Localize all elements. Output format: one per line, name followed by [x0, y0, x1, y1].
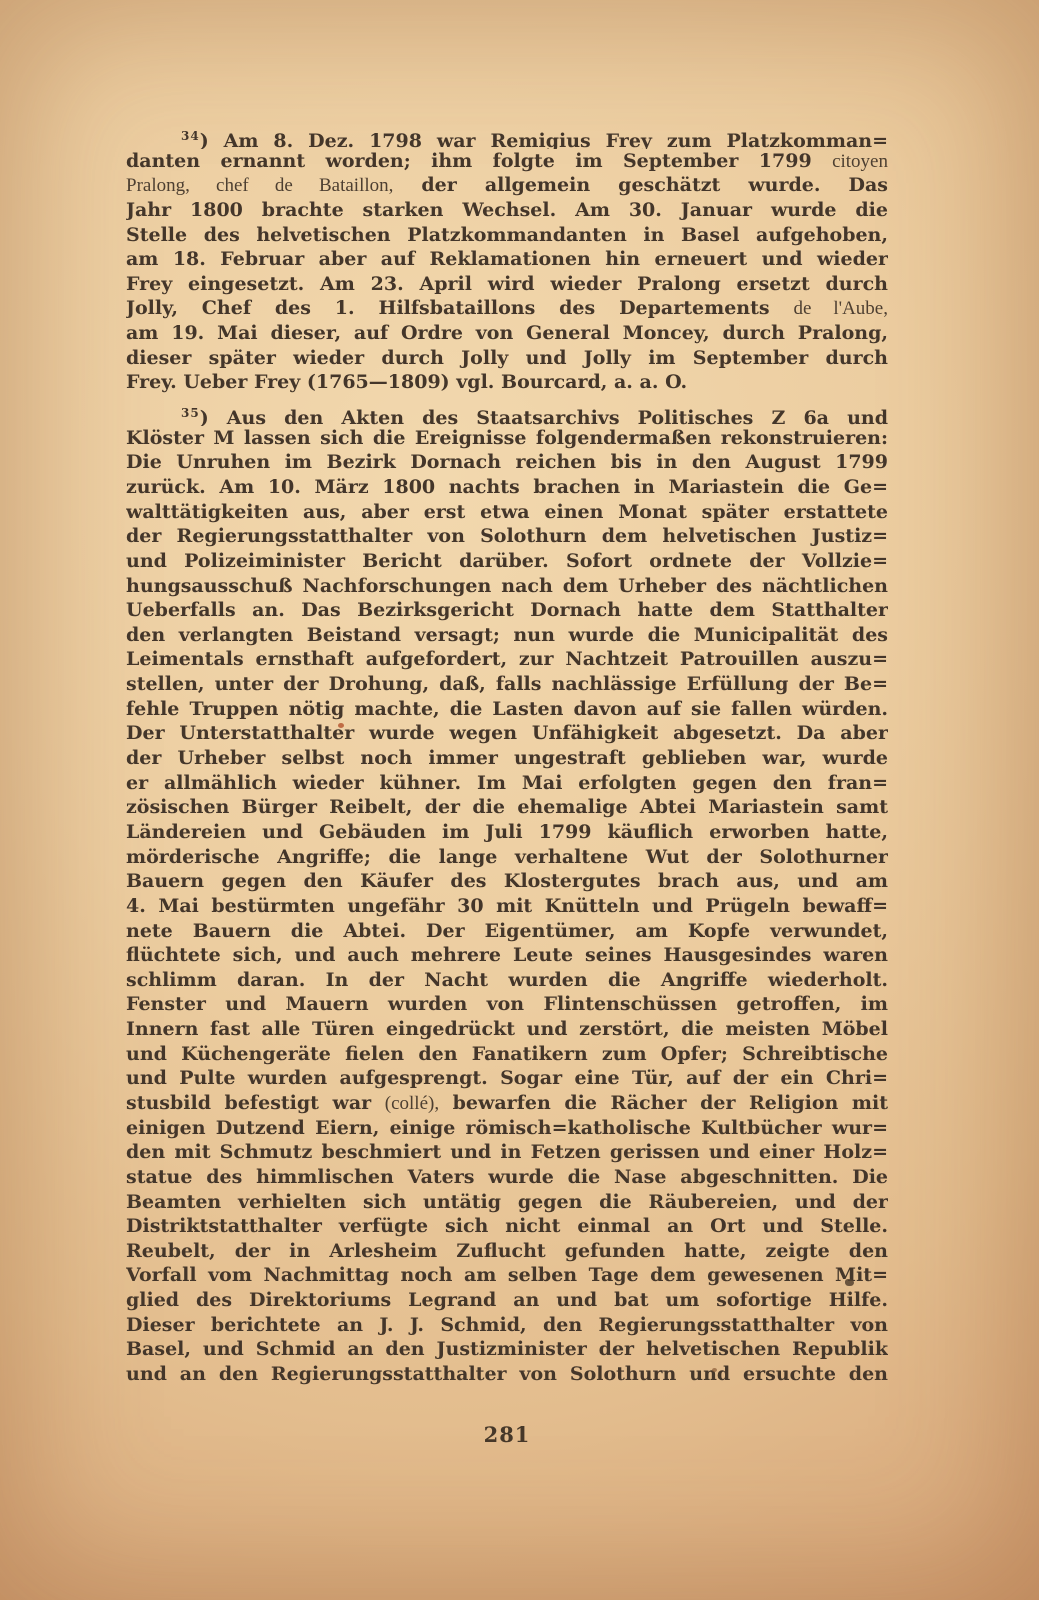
text-line: Vorfall vom Nachmittag noch am selben Ta… — [126, 1263, 888, 1288]
fraktur-text: ) Aus den Akten des Staatsarchivs Politi… — [200, 407, 888, 426]
text-line: statue des himmlischen Vaters wurde die … — [126, 1165, 888, 1190]
fraktur-text: zurück. Am 10. März 1800 nachts brachen … — [126, 476, 888, 498]
fraktur-text: Innern fast alle Türen eingedrückt und z… — [126, 1018, 888, 1040]
text-line: Ländereien und Gebäuden im Juli 1799 käu… — [126, 820, 888, 845]
fraktur-text: hungsausschuß Nachforschungen nach dem U… — [126, 575, 888, 597]
text-line: hungsausschuß Nachforschungen nach dem U… — [126, 574, 888, 599]
fraktur-text: Die Unruhen im Bezirk Dornach reichen bi… — [126, 451, 888, 473]
fraktur-text: und Küchengeräte fielen den Fanatikern z… — [126, 1043, 888, 1065]
fraktur-text: und an den Regierungsstatthalter von Sol… — [126, 1363, 888, 1385]
text-line: Fenster und Mauern wurden von Flintensch… — [126, 992, 888, 1017]
text-line: Frey eingesetzt. Am 23. April wird wiede… — [126, 272, 888, 297]
text-block: 34) Am 8. Dez. 1798 war Remigius Frey zu… — [126, 124, 888, 1387]
paper-speck — [712, 1368, 717, 1372]
fraktur-text: Vorfall vom Nachmittag noch am selben Ta… — [126, 1264, 888, 1286]
paper-speck — [338, 723, 344, 728]
fraktur-text: Ueberfalls an. Das Bezirksgericht Dornac… — [126, 599, 888, 621]
fraktur-text: schlimm daran. In der Nacht wurden die A… — [126, 969, 888, 991]
text-line: nete Bauern die Abtei. Der Eigentümer, a… — [126, 919, 888, 944]
fraktur-text: dieser später wieder durch Jolly und Jol… — [126, 347, 888, 369]
fraktur-text: Klöster M lassen sich die Ereignisse fol… — [126, 427, 888, 449]
text-line: Die Unruhen im Bezirk Dornach reichen bi… — [126, 450, 888, 475]
text-line: zösischen Bürger Reibelt, der die ehemal… — [126, 795, 888, 820]
fraktur-text: statue des himmlischen Vaters wurde die … — [126, 1166, 888, 1188]
fraktur-text: und Pulte wurden aufgesprengt. Sogar ein… — [126, 1067, 888, 1089]
text-line: Pralong, chef de Bataillon, der allgemei… — [126, 173, 888, 198]
antiqua-text: de l'Aube, — [793, 298, 888, 319]
fraktur-text: ) Am 8. Dez. 1798 war Remigius Frey zum … — [200, 130, 888, 149]
text-line: der Regierungsstatthalter von Solothurn … — [126, 524, 888, 549]
text-line: dieser später wieder durch Jolly und Jol… — [126, 346, 888, 371]
fraktur-text: glied des Direktoriums Legrand an und ba… — [126, 1289, 888, 1311]
fraktur-text: Bauern gegen den Käufer des Klostergutes… — [126, 870, 888, 892]
text-line: und Pulte wurden aufgesprengt. Sogar ein… — [126, 1066, 888, 1091]
text-line: Basel, und Schmid an den Justizminister … — [126, 1337, 888, 1362]
fraktur-text: stusbild befestigt war — [126, 1092, 385, 1114]
text-line: und an den Regierungsstatthalter von Sol… — [126, 1362, 888, 1387]
fraktur-text: und Polizeiminister Bericht darüber. Sof… — [126, 550, 888, 572]
fraktur-text: Der Unterstatthalter wurde wegen Unfähig… — [126, 722, 888, 744]
fraktur-text: Beamten verhielten sich untätig gegen di… — [126, 1191, 888, 1213]
fraktur-text: Frey eingesetzt. Am 23. April wird wiede… — [126, 273, 888, 295]
text-line: einigen Dutzend Eiern, einige römisch=ka… — [126, 1116, 888, 1141]
text-line: Distriktstatthalter verfügte sich nicht … — [126, 1214, 888, 1239]
text-line: mörderische Angriffe; die lange verhalte… — [126, 845, 888, 870]
fraktur-text: einigen Dutzend Eiern, einige römisch=ka… — [126, 1117, 888, 1139]
footnote-marker: 34 — [181, 129, 200, 143]
text-line: flüchtete sich, und auch mehrere Leute s… — [126, 943, 888, 968]
footnote-34: 34) Am 8. Dez. 1798 war Remigius Frey zu… — [126, 124, 888, 395]
text-line: Innern fast alle Türen eingedrückt und z… — [126, 1017, 888, 1042]
text-line: Ueberfalls an. Das Bezirksgericht Dornac… — [126, 598, 888, 623]
fraktur-text: nete Bauern die Abtei. Der Eigentümer, a… — [126, 920, 888, 942]
fraktur-text: Fenster und Mauern wurden von Flintensch… — [126, 993, 888, 1015]
text-line: danten ernannt worden; ihm folgte im Sep… — [126, 149, 888, 174]
text-line: der Urheber selbst noch immer ungestraft… — [126, 746, 888, 771]
text-line: Frey. Ueber Frey (1765—1809) vgl. Bourca… — [126, 370, 888, 395]
fraktur-text: Leimentals ernsthaft aufgefordert, zur N… — [126, 648, 888, 670]
fraktur-text: 4. Mai bestürmten ungefähr 30 mit Knütte… — [126, 895, 888, 917]
fraktur-text: Distriktstatthalter verfügte sich nicht … — [126, 1215, 888, 1237]
text-line: Reubelt, der in Arlesheim Zuflucht gefun… — [126, 1239, 888, 1264]
text-line: Leimentals ernsthaft aufgefordert, zur N… — [126, 647, 888, 672]
text-line: Bauern gegen den Käufer des Klostergutes… — [126, 869, 888, 894]
text-line: den verlangten Beistand versagt; nun wur… — [126, 623, 888, 648]
antiqua-text: Pralong, chef de Bataillon, — [126, 175, 393, 196]
text-line: stellen, unter der Drohung, daß, falls n… — [126, 672, 888, 697]
fraktur-text: den verlangten Beistand versagt; nun wur… — [126, 624, 888, 646]
text-line: Stelle des helvetischen Platzkommandante… — [126, 223, 888, 248]
text-line: Der Unterstatthalter wurde wegen Unfähig… — [126, 721, 888, 746]
text-line: er allmählich wieder kühner. Im Mai erfo… — [126, 771, 888, 796]
text-line: Dieser berichtete an J. J. Schmid, den R… — [126, 1313, 888, 1338]
fraktur-text: der allgemein geschätzt wurde. Das — [393, 174, 888, 196]
fraktur-text: Stelle des helvetischen Platzkommandante… — [126, 224, 888, 246]
text-line: und Küchengeräte fielen den Fanatikern z… — [126, 1042, 888, 1067]
fraktur-text: bewarfen die Rächer der Religion mit — [439, 1092, 888, 1114]
fraktur-text: Reubelt, der in Arlesheim Zuflucht gefun… — [126, 1240, 888, 1262]
antiqua-text: citoyen — [832, 151, 888, 172]
fraktur-text: Ländereien und Gebäuden im Juli 1799 käu… — [126, 821, 888, 843]
fraktur-text: fehle Truppen nötig machte, die Lasten d… — [126, 698, 888, 720]
fraktur-text: Frey. Ueber Frey (1765—1809) vgl. Bourca… — [126, 371, 687, 393]
text-line: 4. Mai bestürmten ungefähr 30 mit Knütte… — [126, 894, 888, 919]
fraktur-text: mörderische Angriffe; die lange verhalte… — [126, 846, 888, 868]
text-line: am 19. Mai dieser, auf Ordre von General… — [126, 321, 888, 346]
fraktur-text: der Regierungsstatthalter von Solothurn … — [126, 525, 888, 547]
fraktur-text: Jolly, Chef des 1. Hilfsbataillons des D… — [126, 297, 793, 319]
fraktur-text: am 19. Mai dieser, auf Ordre von General… — [126, 322, 888, 344]
page: 34) Am 8. Dez. 1798 war Remigius Frey zu… — [0, 0, 1039, 1600]
fraktur-text: am 18. Februar aber auf Reklamationen hi… — [126, 248, 888, 270]
text-line: 34) Am 8. Dez. 1798 war Remigius Frey zu… — [126, 124, 888, 149]
fraktur-text: danten ernannt worden; ihm folgte im Sep… — [126, 150, 832, 172]
text-line: Jahr 1800 brachte starken Wechsel. Am 30… — [126, 198, 888, 223]
fraktur-text: der Urheber selbst noch immer ungestraft… — [126, 747, 888, 769]
text-line: 35) Aus den Akten des Staatsarchivs Poli… — [126, 401, 888, 426]
text-line: stusbild befestigt war (collé), bewarfen… — [126, 1091, 888, 1116]
text-line: zurück. Am 10. März 1800 nachts brachen … — [126, 475, 888, 500]
text-line: schlimm daran. In der Nacht wurden die A… — [126, 968, 888, 993]
text-line: Klöster M lassen sich die Ereignisse fol… — [126, 426, 888, 451]
fraktur-text: flüchtete sich, und auch mehrere Leute s… — [126, 944, 888, 966]
fraktur-text: Jahr 1800 brachte starken Wechsel. Am 30… — [126, 199, 888, 221]
page-number: 281 — [126, 1422, 888, 1447]
footnote-35: 35) Aus den Akten des Staatsarchivs Poli… — [126, 401, 888, 1387]
antiqua-text: (collé), — [385, 1093, 439, 1114]
text-line: fehle Truppen nötig machte, die Lasten d… — [126, 697, 888, 722]
text-line: am 18. Februar aber auf Reklamationen hi… — [126, 247, 888, 272]
fraktur-text: walttätigkeiten aus, aber erst etwa eine… — [126, 501, 888, 523]
fraktur-text: Basel, und Schmid an den Justizminister … — [126, 1338, 888, 1360]
fraktur-text: den mit Schmutz beschmiert und in Fetzen… — [126, 1141, 888, 1163]
text-line: den mit Schmutz beschmiert und in Fetzen… — [126, 1140, 888, 1165]
fraktur-text: er allmählich wieder kühner. Im Mai erfo… — [126, 772, 888, 794]
text-line: und Polizeiminister Bericht darüber. Sof… — [126, 549, 888, 574]
text-line: Beamten verhielten sich untätig gegen di… — [126, 1190, 888, 1215]
text-line: glied des Direktoriums Legrand an und ba… — [126, 1288, 888, 1313]
paper-speck — [845, 1279, 854, 1286]
fraktur-text: stellen, unter der Drohung, daß, falls n… — [126, 673, 888, 695]
footnote-marker: 35 — [181, 406, 200, 420]
fraktur-text: zösischen Bürger Reibelt, der die ehemal… — [126, 796, 888, 818]
text-line: walttätigkeiten aus, aber erst etwa eine… — [126, 500, 888, 525]
text-line: Jolly, Chef des 1. Hilfsbataillons des D… — [126, 296, 888, 321]
fraktur-text: Dieser berichtete an J. J. Schmid, den R… — [126, 1314, 888, 1336]
